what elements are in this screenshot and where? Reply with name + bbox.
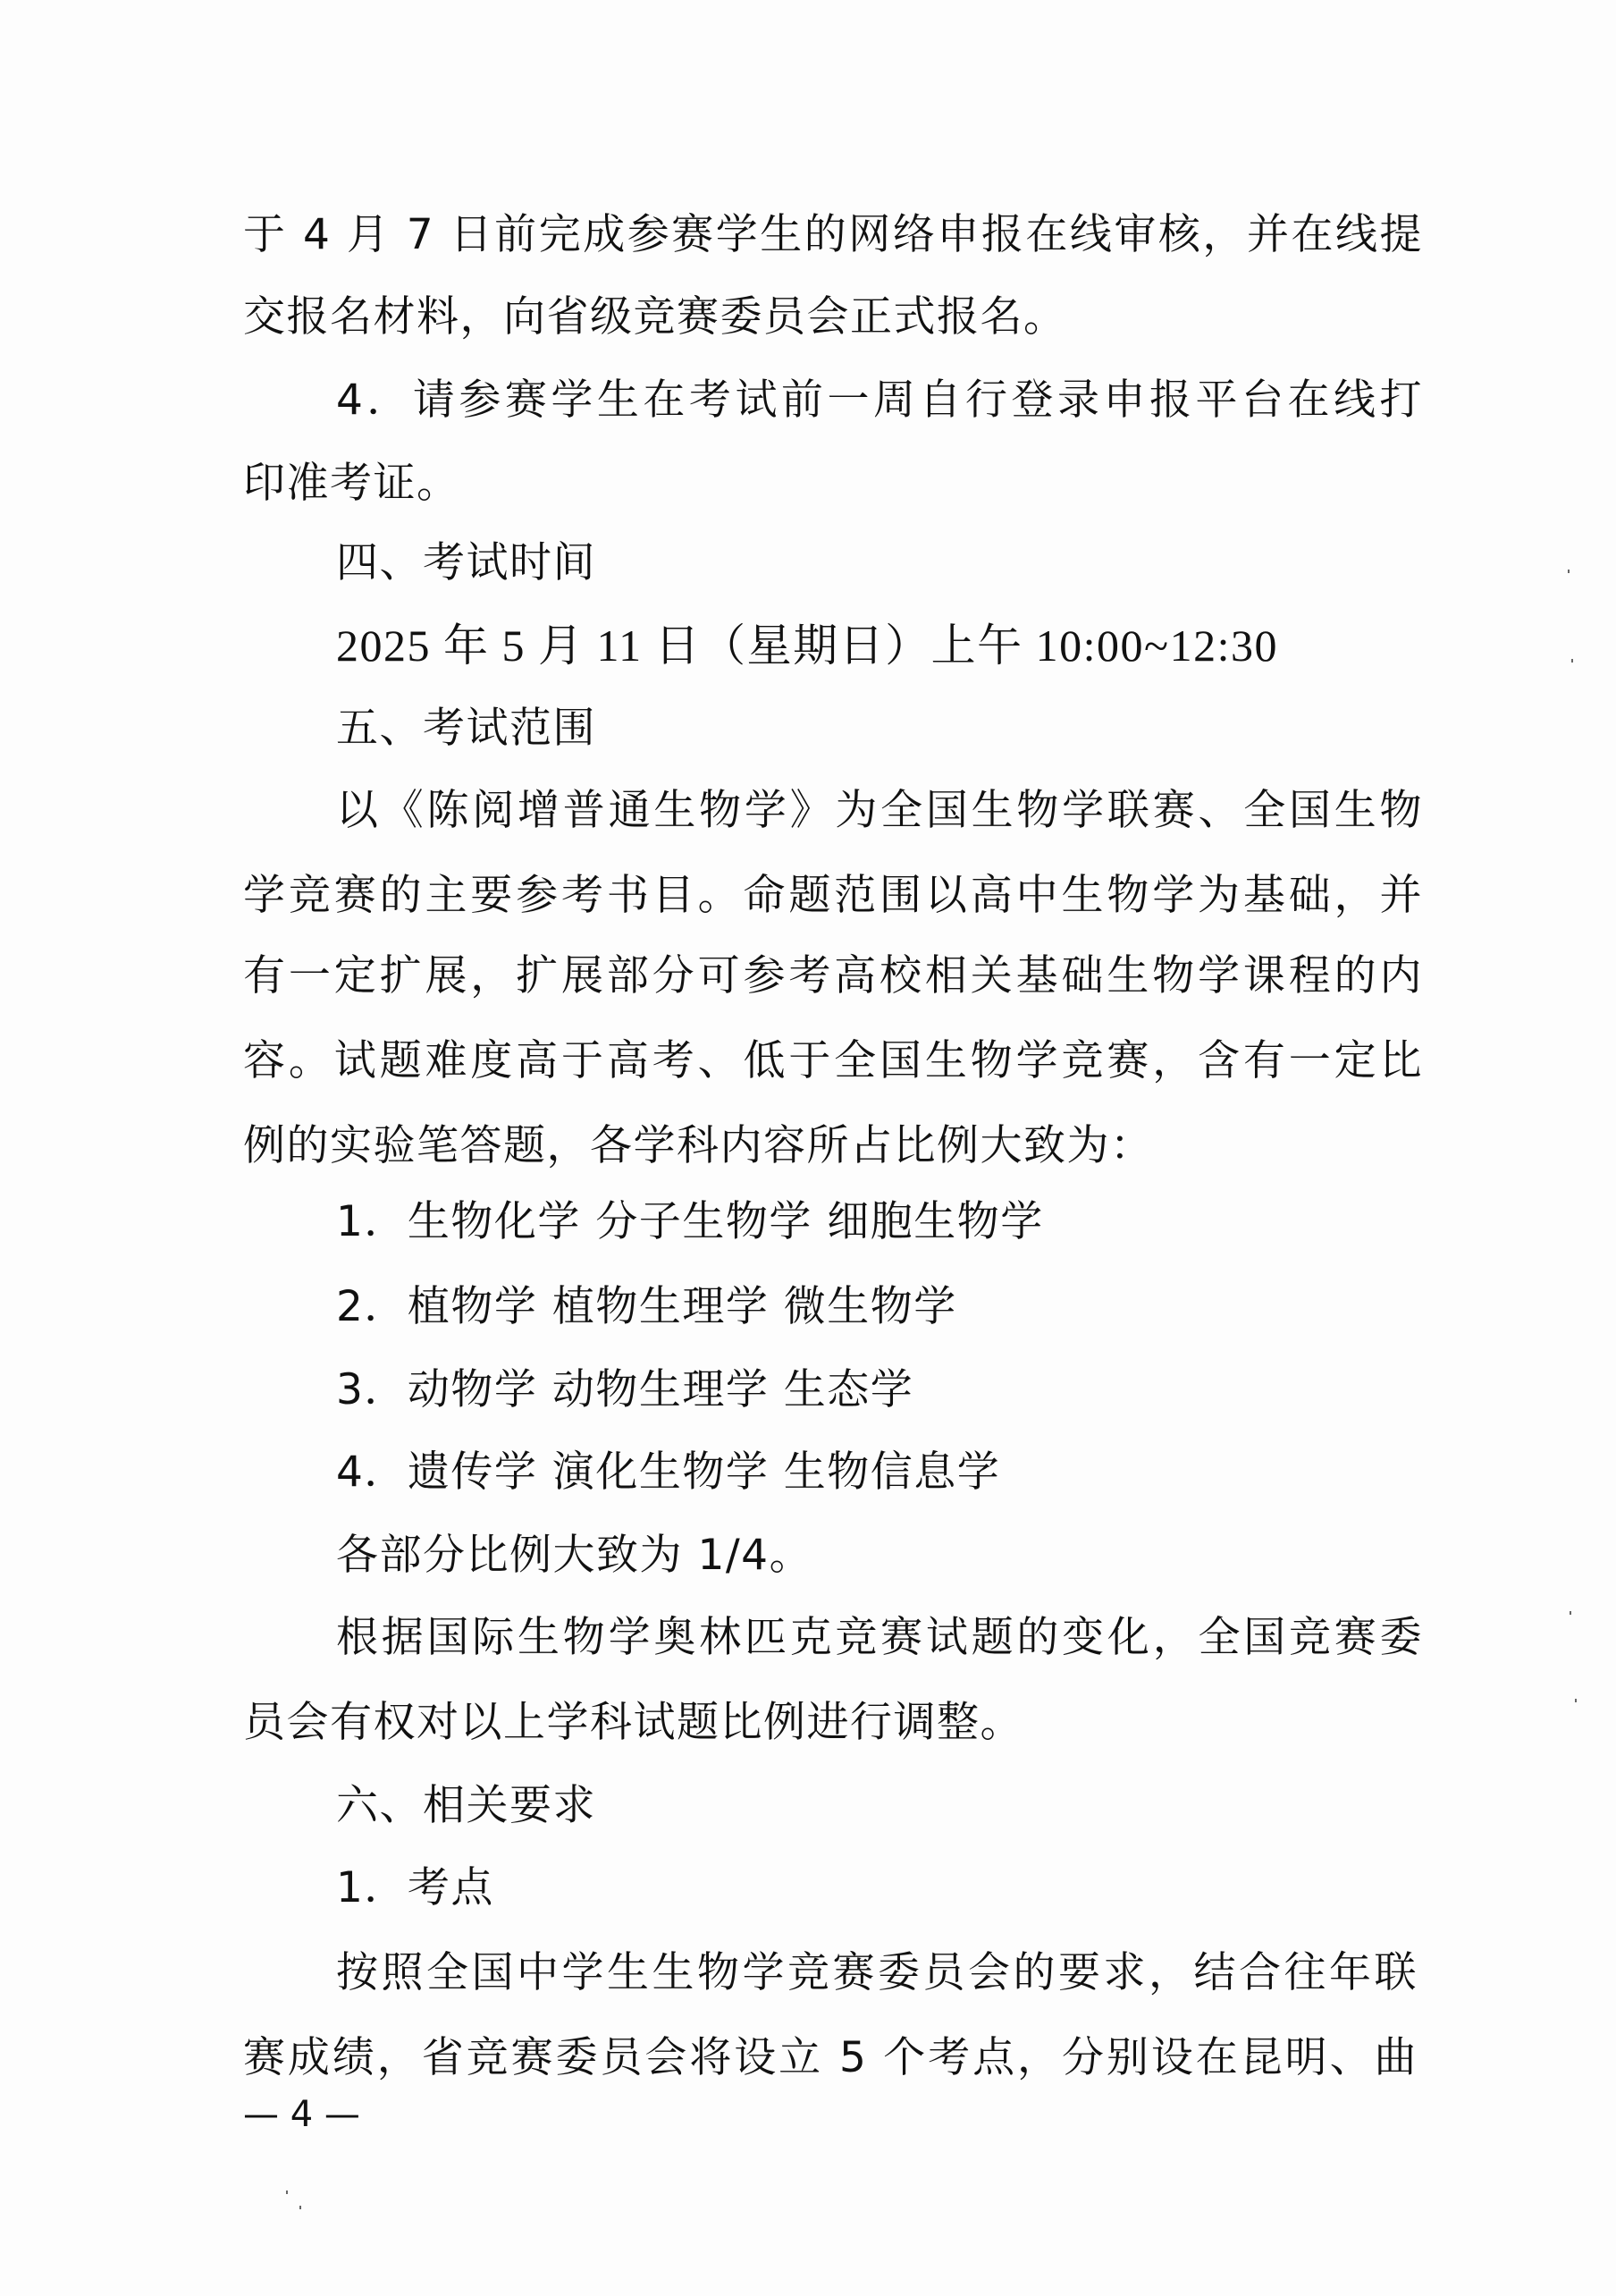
section-heading-requirements: 六、相关要求 <box>336 1779 1516 1833</box>
paragraph-line: 于 4 月 7 日前完成参赛学生的网络申报在线审核，并在线提 <box>243 208 1423 262</box>
paragraph-line: 赛成绩，省竞赛委员会将设立 5 个考点，分别设在昆明、曲 <box>243 2031 1418 2085</box>
subsection-heading-exam-sites: 1．考点 <box>336 1861 1516 1915</box>
paragraph-line: 印准考证。 <box>243 457 1423 511</box>
paragraph-line: 有一定扩展，扩展部分可参考高校相关基础生物学课程的内 <box>243 950 1423 1003</box>
scan-speck <box>1571 659 1573 663</box>
section-heading-exam-scope: 五、考试范围 <box>336 702 1516 755</box>
paragraph-line: 交报名材料，向省级竞赛委员会正式报名。 <box>243 291 1423 344</box>
subject-item-2: 2．植物学 植物生理学 微生物学 <box>336 1280 1516 1334</box>
page-number: — 4 — <box>243 2094 360 2135</box>
subject-item-3: 3．动物学 动物生理学 生态学 <box>336 1363 1516 1417</box>
list-item-4: 4．请参赛学生在考试前一周自行登录申报平台在线打 <box>336 374 1423 427</box>
subject-item-1: 1．生物化学 分子生物学 细胞生物学 <box>336 1195 1516 1249</box>
scan-speck <box>1570 1611 1571 1615</box>
paragraph-line: 根据国际生物学奥林匹克竞赛试题的变化，全国竞赛委 <box>336 1611 1423 1665</box>
paragraph-line: 以《陈阅增普通生物学》为全国生物学联赛、全国生物 <box>336 784 1423 838</box>
proportion-note: 各部分比例大致为 1/4。 <box>336 1529 1516 1583</box>
paragraph-line: 例的实验笔答题，各学科内容所占比例大致为： <box>243 1119 1423 1173</box>
paragraph-line: 按照全国中学生生物学竞赛委员会的要求，结合往年联 <box>336 1946 1418 2000</box>
scan-speck <box>1575 1699 1577 1702</box>
section-heading-exam-time: 四、考试时间 <box>336 536 1516 590</box>
paragraph-line: 员会有权对以上学科试题比例进行调整。 <box>243 1696 1423 1750</box>
scan-speck <box>299 2206 301 2209</box>
scan-speck <box>286 2190 288 2194</box>
scan-speck <box>1568 570 1570 573</box>
paragraph-line: 容。试题难度高于高考、低于全国生物学竞赛，含有一定比 <box>243 1034 1423 1088</box>
document-page: 于 4 月 7 日前完成参赛学生的网络申报在线审核，并在线提 交报名材料，向省级… <box>0 0 1616 2296</box>
paragraph-line: 学竞赛的主要参考书目。命题范围以高中生物学为基础，并 <box>243 869 1423 923</box>
subject-item-4: 4．遗传学 演化生物学 生物信息学 <box>336 1446 1516 1499</box>
exam-datetime: 2025 年 5 月 11 日（星期日）上午 10:00~12:30 <box>336 619 1516 672</box>
